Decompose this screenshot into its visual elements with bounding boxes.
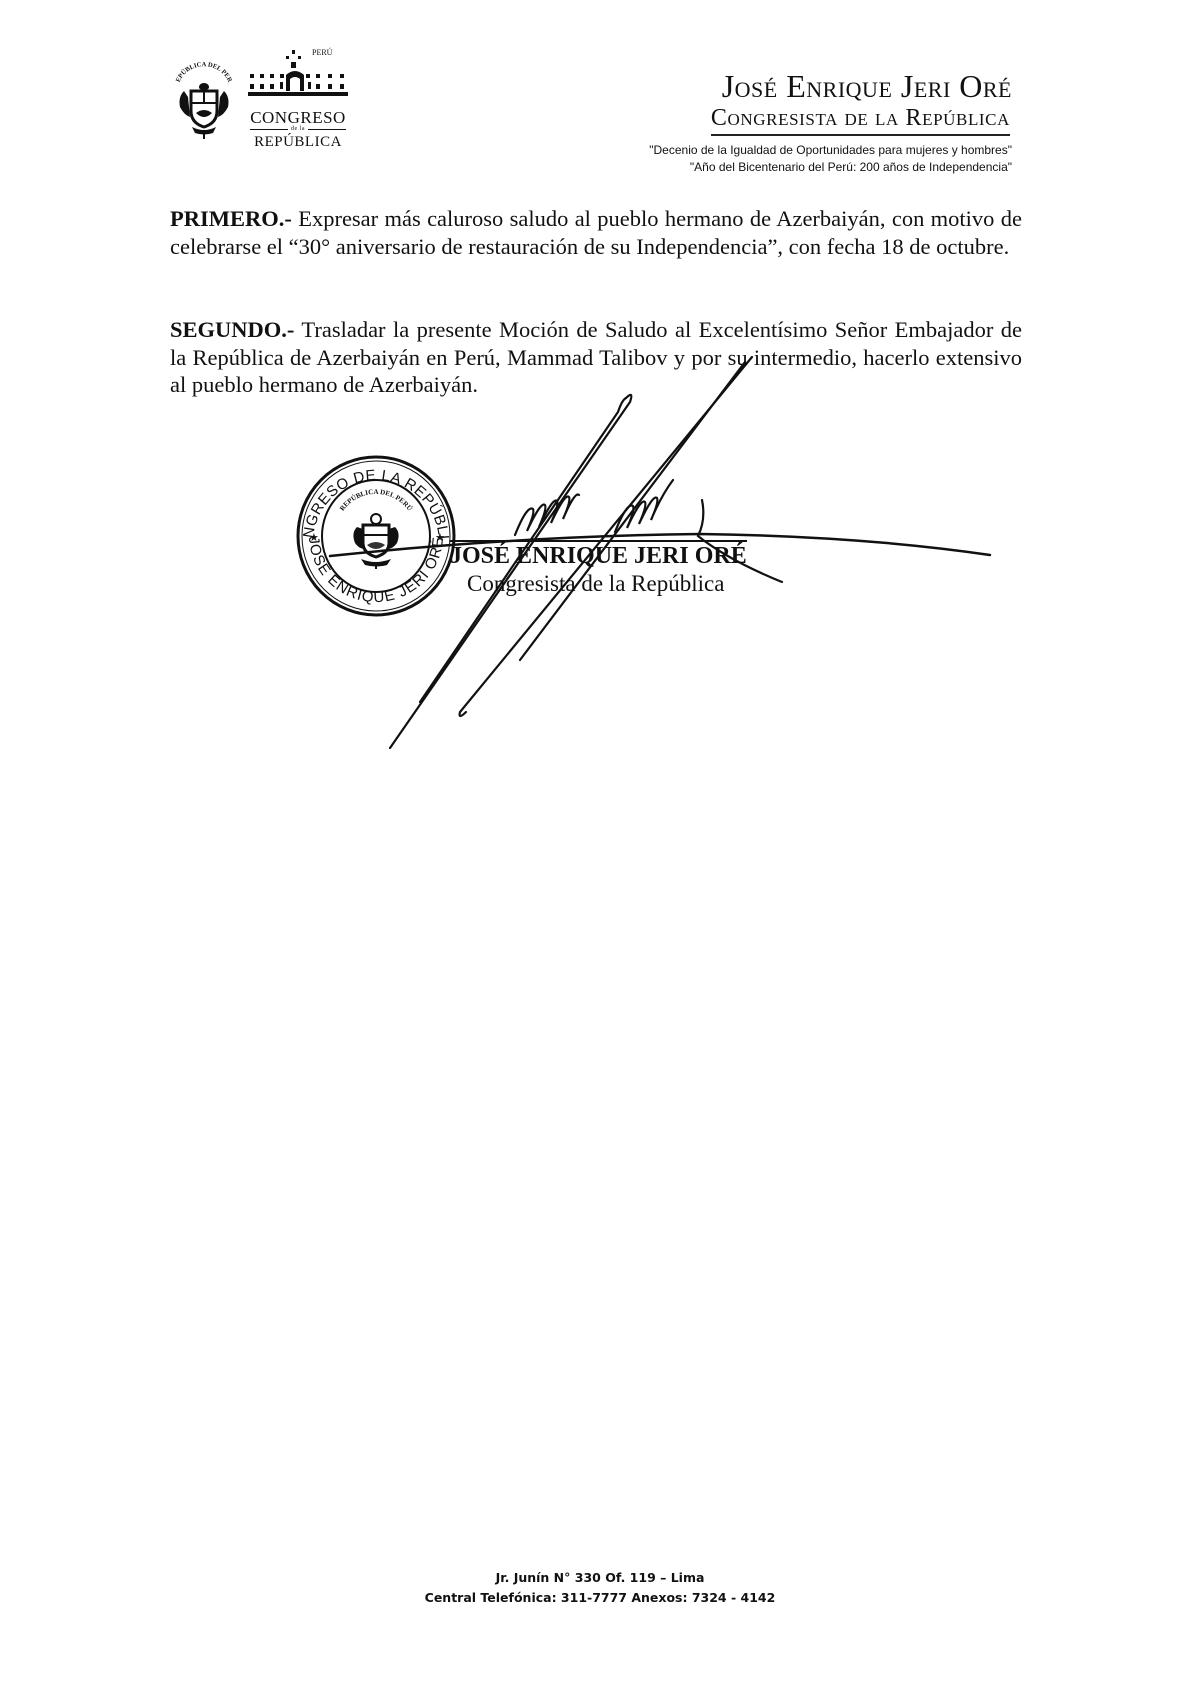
logo-dela-label: de la	[288, 126, 308, 132]
footer-address: Jr. Junín N° 330 Of. 119 – Lima	[0, 1572, 1200, 1585]
paragraph-segundo: SEGUNDO.- Trasladar la presente Moción d…	[170, 316, 1022, 399]
svg-text:REPÚBLICA DEL PERÚ: REPÚBLICA DEL PERÚ	[172, 55, 233, 84]
paragraph-lead: SEGUNDO.-	[170, 317, 294, 342]
slogan-decade: "Decenio de la Igualdad de Oportunidades…	[649, 144, 1012, 156]
stamp-coat-of-arms-icon	[353, 514, 398, 569]
footer-phone: Central Telefónica: 311-7777 Anexos: 732…	[0, 1592, 1200, 1605]
star-icon: ★	[309, 532, 319, 544]
peru-coat-of-arms-icon: REPÚBLICA DEL PERÚ	[172, 55, 236, 139]
paragraph-text: Expresar más caluroso saludo al pueblo h…	[170, 206, 1022, 259]
paragraph-lead: PRIMERO.-	[170, 206, 292, 231]
congressman-role-title: Congresista de la República	[711, 106, 1010, 136]
star-icon: ★	[435, 532, 445, 544]
logo-republica-text: REPÚBLICA	[248, 134, 348, 151]
official-stamp: CONGRESO DE LA REPÚBLICA JOSÉ ENRIQUE JE…	[295, 455, 457, 617]
paragraph-text: Trasladar la presente Moción de Saludo a…	[170, 317, 1022, 397]
congress-logo: PERÚ CONGRESO de la REPÚBLICA	[248, 48, 348, 148]
svg-text:CONGRESO DE LA REPÚBLICA: CONGRESO DE LA REPÚBLICA	[295, 455, 452, 541]
congress-building-icon	[248, 48, 348, 104]
slogan-year: "Año del Bicentenario del Perú: 200 años…	[690, 161, 1012, 173]
congressman-name-title: José Enrique Jeri Oré	[722, 70, 1012, 102]
svg-text:REPÚBLICA DEL PERÚ: REPÚBLICA DEL PERÚ	[338, 488, 414, 513]
paragraph-primero: PRIMERO.- Expresar más caluroso saludo a…	[170, 205, 1022, 260]
logo-congreso-text: CONGRESO	[248, 108, 348, 128]
signatory-name: JOSÉ ENRIQUE JERI ORÉ	[450, 540, 747, 568]
logo-country-text: PERÚ	[312, 48, 332, 57]
signatory-role: Congresista de la República	[467, 572, 724, 595]
